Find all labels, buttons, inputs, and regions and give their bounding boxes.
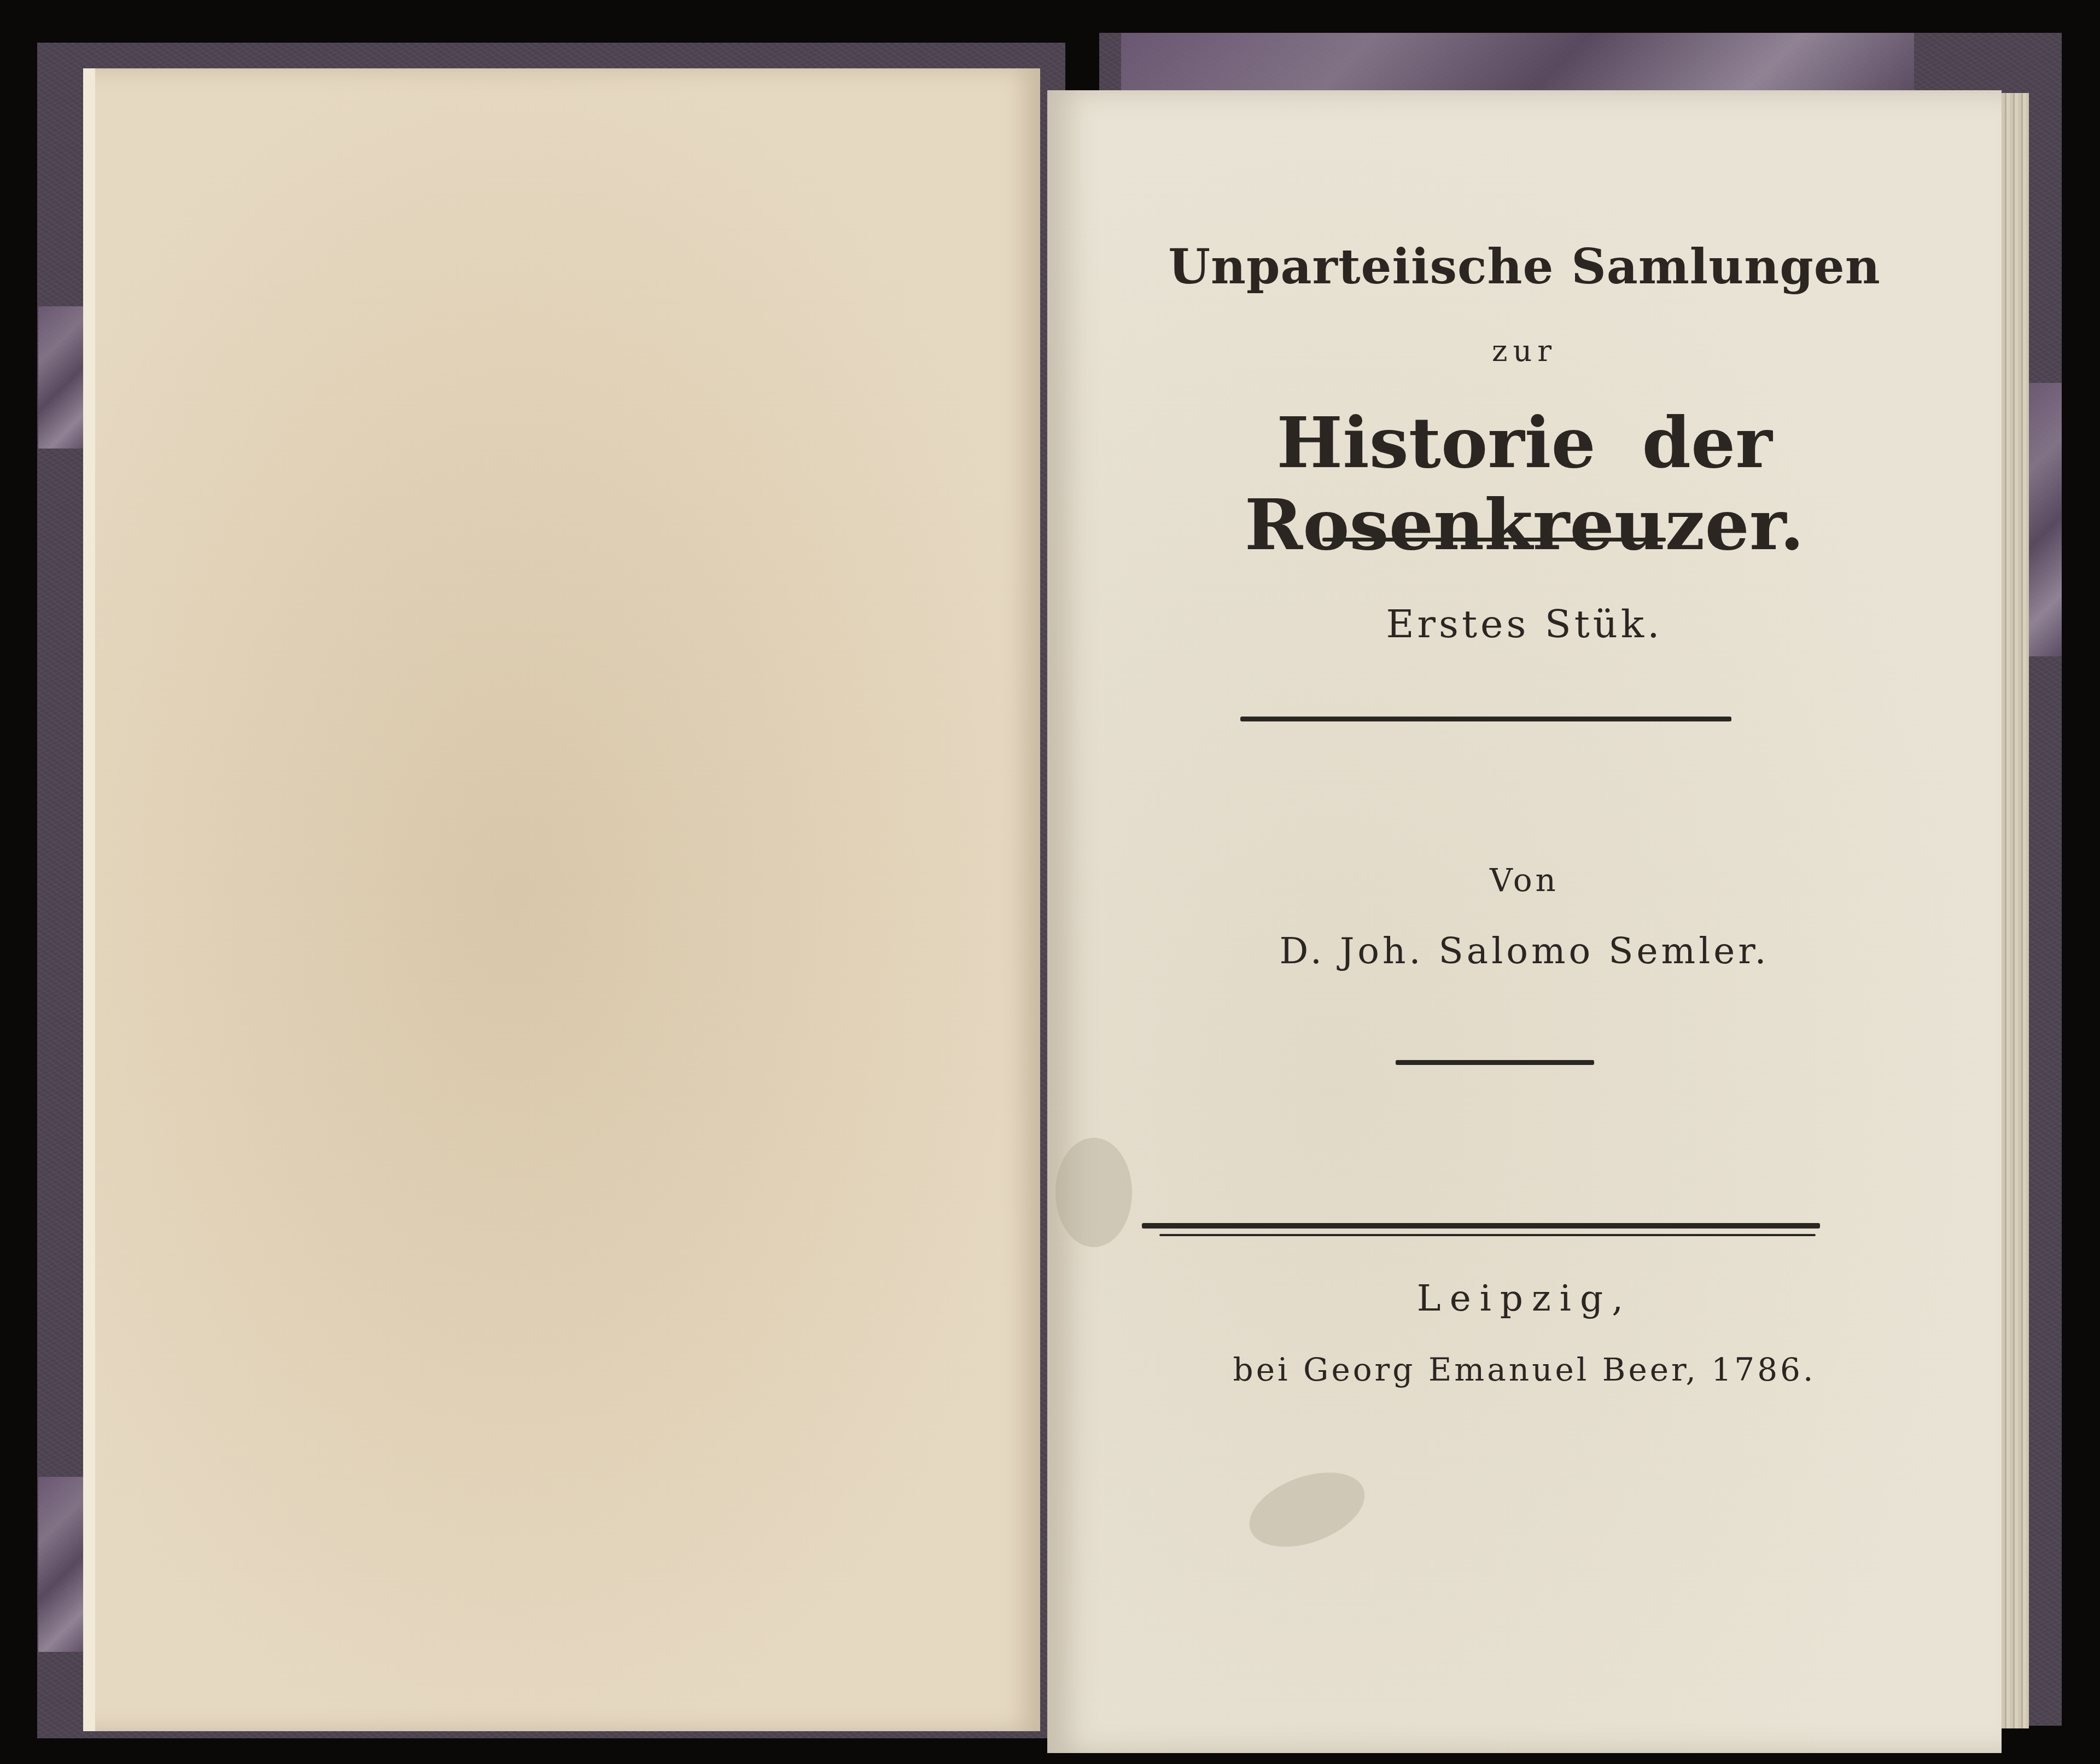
marbled-endpaper-edge — [2023, 383, 2062, 656]
imprint-publisher: bei Georg Emanuel Beer, 1786. — [1047, 1351, 2002, 1388]
rule-divider — [1240, 717, 1731, 721]
by-label: Von — [1047, 861, 2002, 899]
main-title: Historie der Rosenkreuzer. — [1047, 402, 2002, 566]
rule-divider — [1396, 1060, 1594, 1065]
double-rule-divider — [1159, 1234, 1816, 1236]
marbled-endpaper-edge — [38, 306, 87, 449]
title-line-2: zur — [1047, 334, 2002, 368]
author-name: D. Joh. Salomo Semler. — [1047, 930, 2002, 972]
marbled-endpaper-top — [1121, 33, 1914, 93]
page-edges — [2002, 93, 2029, 1728]
title-line-1: Unparteiische Samlungen — [1047, 238, 2002, 295]
rule-divider — [1322, 538, 1666, 542]
marbled-endpaper-edge — [38, 1477, 87, 1652]
imprint-place: Leipzig, — [1047, 1277, 2002, 1319]
paper-stain — [1055, 1138, 1132, 1247]
blank-flyleaf-page — [83, 68, 1040, 1731]
part-label: Erstes Stük. — [1047, 602, 2002, 647]
double-rule-divider — [1142, 1223, 1820, 1229]
